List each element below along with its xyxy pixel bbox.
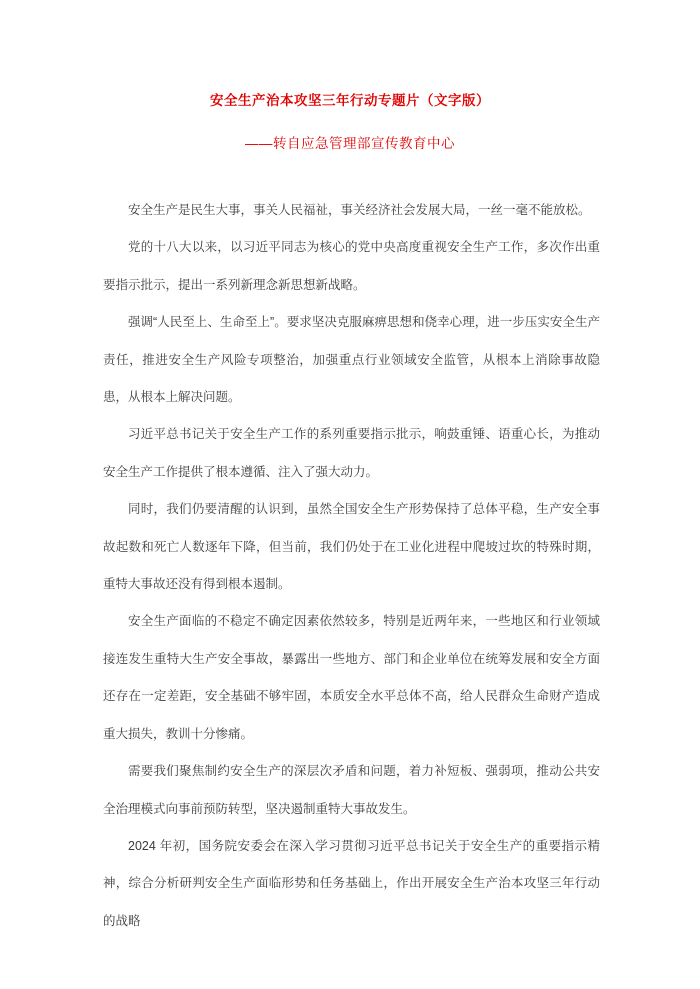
paragraph: 2024 年初，国务院安委会在深入学习贯彻习近平总书记关于安全生产的重要指示精神… [103, 828, 600, 940]
document-body: 安全生产是民生大事，事关人民福祉，事关经济社会发展大局，一丝一毫不能放松。 党的… [103, 192, 600, 940]
paragraph: 安全生产是民生大事，事关人民福祉，事关经济社会发展大局，一丝一毫不能放松。 [103, 192, 600, 229]
document-page: 安全生产治本攻坚三年行动专题片（文字版） ——转自应急管理部宣传教育中心 安全生… [0, 0, 700, 989]
paragraph: 同时，我们仍要清醒的认识到，虽然全国安全生产形势保持了总体平稳，生产安全事故起数… [103, 491, 600, 603]
paragraph: 习近平总书记关于安全生产工作的系列重要指示批示，响鼓重锤、语重心长，为推动安全生… [103, 416, 600, 491]
document-title: 安全生产治本攻坚三年行动专题片（文字版） [0, 0, 700, 110]
paragraph: 党的十八大以来，以习近平同志为核心的党中央高度重视安全生产工作，多次作出重要指示… [103, 229, 600, 304]
paragraph: 需要我们聚焦制约安全生产的深层次矛盾和问题，着力补短板、强弱项，推动公共安全治理… [103, 753, 600, 828]
document-subtitle: ——转自应急管理部宣传教育中心 [0, 135, 700, 152]
paragraph: 安全生产面临的不稳定不确定因素依然较多，特别是近两年来，一些地区和行业领域接连发… [103, 603, 600, 753]
paragraph: 强调“人民至上、生命至上”。要求坚决克服麻痹思想和侥幸心理，进一步压实安全生产责… [103, 304, 600, 416]
